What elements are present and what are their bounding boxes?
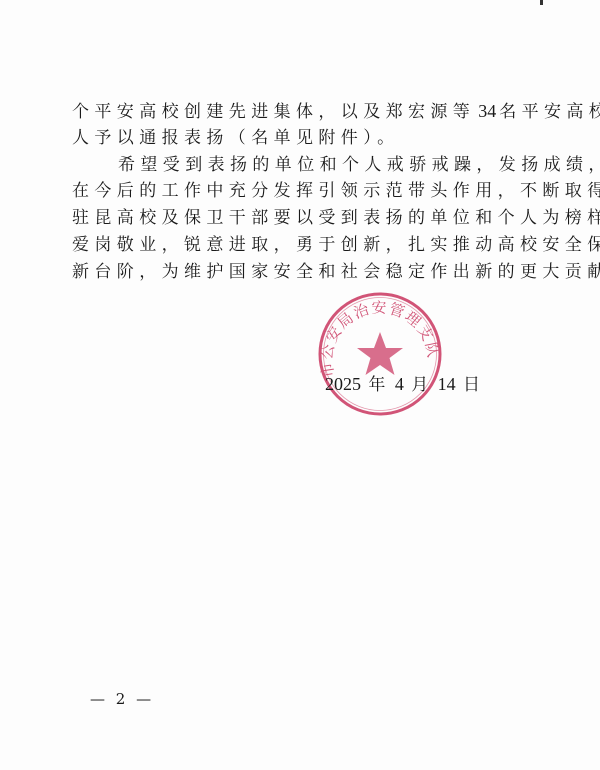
date-day: 14 [438,374,456,394]
text-segment: 在今后的工作中充分发挥引领示范带头作用，不断取得新进步。各 [72,181,600,201]
paragraph-2-line-3: 驻昆高校及保卫干部要以受到表扬的单位和个人为榜样，牢记宗旨， [72,205,536,232]
paragraph-2-line-4: 爱岗敬业，锐意进取，勇于创新，扎实推动高校安全保卫工作再上 [72,232,536,259]
date-year-label: 年 [368,375,387,395]
document-body: 个平安高校创建先进集体，以及郑宏源等34名平安高校创建先进个 人予以通报表扬（名… [72,98,536,286]
date-month-label: 月 [411,375,430,395]
date-day-label: 日 [463,375,482,395]
paragraph-2-line-5: 新台阶，为维护国家安全和社会稳定作出新的更大贡献。 [72,259,536,286]
paragraph-2-line-1: 希望受到表扬的单位和个人戒骄戒躁，发扬成绩，再接再厉， [72,152,536,179]
page-number: — 2 — [90,690,154,708]
document-page: 个平安高校创建先进集体，以及郑宏源等34名平安高校创建先进个 人予以通报表扬（名… [0,0,600,770]
text-segment: 驻昆高校及保卫干部要以受到表扬的单位和个人为榜样，牢记宗旨， [72,208,600,228]
date-year: 2025 [325,374,361,394]
count-number: 34 [475,101,499,121]
paragraph-2-line-2: 在今后的工作中充分发挥引领示范带头作用，不断取得新进步。各 [72,178,536,205]
official-seal-icon: 市公安局治安管理支队 [316,290,444,418]
paragraph-1-line-1: 个平安高校创建先进集体，以及郑宏源等34名平安高校创建先进个 [72,98,536,125]
date-month: 4 [395,374,404,394]
text-segment: 个平安高校创建先进集体，以及郑宏源等 [72,102,475,122]
issue-date: 2025 年 4 月 14 日 [325,370,482,395]
text-segment: 爱岗敬业，锐意进取，勇于创新，扎实推动高校安全保卫工作再上 [72,235,600,255]
text-segment: 希望受到表扬的单位和个人戒骄戒躁，发扬成绩，再接再厉， [118,155,600,175]
text-segment: 人予以通报表扬（名单见附件）。 [72,128,400,148]
paragraph-1-line-2: 人予以通报表扬（名单见附件）。 [72,125,536,152]
text-segment: 新台阶，为维护国家安全和社会稳定作出新的更大贡献。 [72,262,600,282]
text-segment: 名平安高校创建先进个 [499,102,600,122]
scan-mark [540,0,543,5]
